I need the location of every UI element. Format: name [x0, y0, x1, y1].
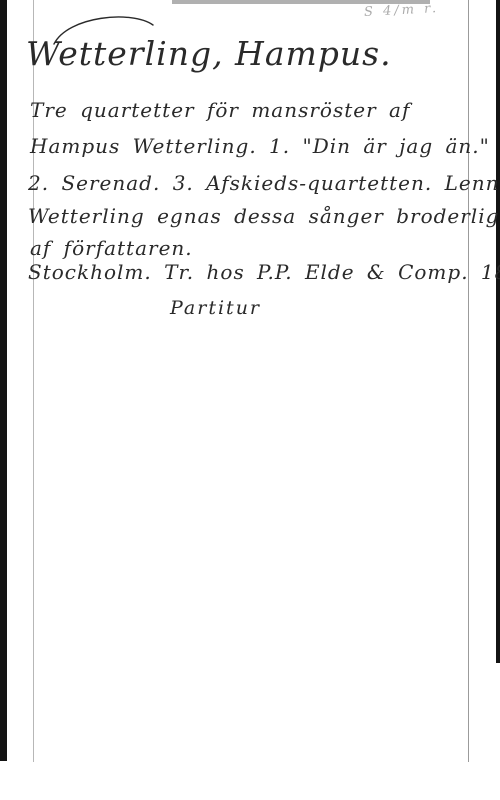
- scanned-catalog-card: S 4/m r. Wetterling, Hampus. Tre quartet…: [0, 0, 500, 800]
- card-text-line: 2. Serenad. 3. Afskieds-quartetten. Lenn…: [28, 171, 500, 195]
- scan-black-edge-right: [496, 0, 500, 663]
- card-text-line: af författaren.: [30, 236, 193, 260]
- card-text-line: Hampus Wetterling. 1. "Din är jag än.": [30, 134, 490, 158]
- card-imprint-line: Stockholm. Tr. hos P.P. Elde & Comp. 186…: [28, 260, 500, 284]
- card-text-line: Tre quartetter för mansröster af: [30, 98, 410, 122]
- author-heading: Wetterling, Hampus.: [26, 34, 392, 73]
- card-text-line: Wetterling egnas dessa sånger broderlige…: [28, 204, 500, 228]
- scan-black-edge-left: [0, 0, 7, 761]
- pencil-shelfmark-note: S 4/m r.: [364, 1, 440, 20]
- format-note: Partitur: [170, 297, 261, 319]
- card-margin-line-right: [468, 0, 469, 762]
